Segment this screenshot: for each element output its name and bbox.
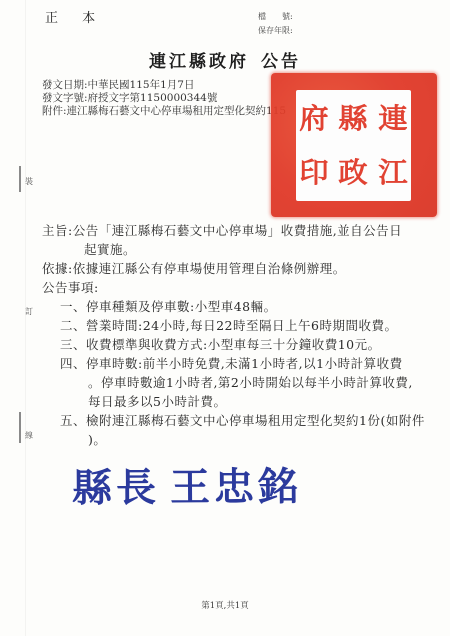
document-type: 公告 <box>261 52 301 72</box>
seal-column-left: 府 印 <box>300 92 328 199</box>
item-4: 四、停車時數:前半小時免費,未滿1小時者,以1小時計算收費 <box>42 354 425 373</box>
seal-column-middle: 縣 政 <box>339 92 367 199</box>
seal-char: 縣 <box>339 99 368 138</box>
item-3: 三、收費標準與收費方式:小型車每三十分鐘收費10元。 <box>42 335 425 354</box>
item-5: 五、檢附連江縣梅石藝文中心停車場租用定型化契約1份(如附件 <box>42 411 425 430</box>
subject-line: 主旨:公告「連江縣梅石藝文中心停車場」收費措施,並自公告日 <box>42 221 425 240</box>
original-copy-label: 正 本 <box>45 7 105 26</box>
file-number-label: 檔 號: <box>258 10 293 24</box>
issuing-agency: 連江縣政府 <box>149 52 249 72</box>
item-1: 一、停車種類及停車數:小型車48輛。 <box>42 297 425 316</box>
official-red-seal: 府 印 縣 政 連 江 <box>271 73 437 217</box>
binding-mark-xian: 線 <box>25 432 33 440</box>
binding-mark-ding: 訂 <box>25 308 33 316</box>
binding-tick-top <box>19 166 21 192</box>
item-4-cont-1: 。停車時數逾1小時者,第2小時開始以每半小時計算收費, <box>42 373 425 392</box>
retention-period-label: 保存年限: <box>258 24 293 38</box>
item-2: 二、營業時間:24小時,每日22時至隔日上午6時期間收費。 <box>42 316 425 335</box>
binding-mark-zhuang: 裝 <box>25 178 33 186</box>
item-5-cont: )。 <box>42 430 425 449</box>
seal-char: 府 <box>299 99 328 138</box>
document-meta: 發文日期:中華民國115年1月7日 發文字號:府授文字第1150000344號 … <box>42 79 286 118</box>
seal-char: 印 <box>299 153 328 192</box>
binding-line <box>25 0 26 636</box>
seal-char: 江 <box>378 153 407 192</box>
items-header: 公告事項: <box>42 278 425 297</box>
legal-basis-line: 依據:依據連江縣公有停車場使用管理自治條例辦理。 <box>42 259 425 278</box>
seal-char: 連 <box>378 99 407 138</box>
seal-char: 政 <box>339 153 368 192</box>
item-4-cont-2: 每日最多以5小時計費。 <box>42 392 425 411</box>
seal-column-right: 連 江 <box>379 92 407 199</box>
official-announcement-document: 裝 訂 線 正 本 檔 號: 保存年限: 連江縣政府公告 發文日期:中華民國11… <box>0 0 450 636</box>
filing-info-block: 檔 號: 保存年限: <box>258 10 293 38</box>
magistrate-signature: 縣長王忠銘 <box>72 456 302 513</box>
doc-number-line: 發文字號:府授文字第1150000344號 <box>42 92 286 105</box>
announcement-body: 主旨:公告「連江縣梅石藝文中心停車場」收費措施,並自公告日 起實施。 依據:依據… <box>42 221 425 449</box>
subject-line-cont: 起實施。 <box>42 240 425 259</box>
document-title: 連江縣政府公告 <box>0 47 450 72</box>
seal-inner-panel: 府 印 縣 政 連 江 <box>296 90 411 201</box>
signature-title: 縣長 <box>72 465 160 512</box>
attachment-line: 附件:連江縣梅石藝文中心停車場租用定型化契約115 <box>42 105 286 118</box>
binding-tick-bottom <box>19 412 21 443</box>
signature-name: 王忠銘 <box>170 464 302 511</box>
issue-date-line: 發文日期:中華民國115年1月7日 <box>42 79 286 92</box>
page-number: 第1頁,共1頁 <box>0 599 450 611</box>
